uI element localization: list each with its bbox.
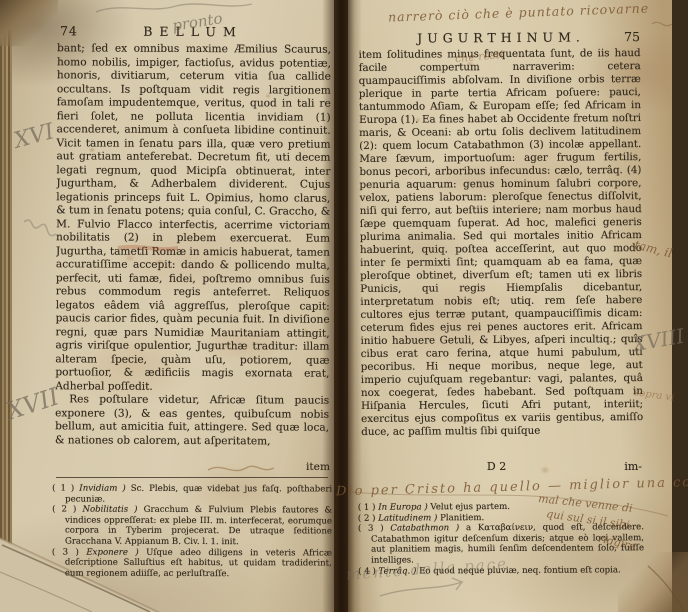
footnote-term: Invidiam ) [79,484,125,494]
right-catchword: im- [624,460,642,473]
footnote-term: Latitudinem ) [378,513,437,523]
footnote: ( 3 ) Exponere ) Uſque adeo diligens in … [52,547,332,580]
left-page-number: 74 [60,23,78,38]
left-footnotes: ( 1 ) Invidiam ) Sc. Plebis, quæ videbat… [52,484,332,580]
left-paragraph-1: bant; ſed ex omnibus maxime Æmilius Scau… [55,42,331,394]
right-page-number: 75 [624,29,640,44]
right-running-header: JUGURTHINUM. 75 [360,29,642,46]
page-edges-right [671,0,688,612]
footnote: ( 2 ) Nobilitatis ) Gracchum & Fulvium P… [52,505,332,548]
book-scan: 74 BELLUM bant; ſed ex omnibus maxime Æm… [0,0,688,612]
footnote-term: Exponere ) [86,547,138,557]
footnote-marker: ( 1 ) [52,484,74,494]
footnote-marker: ( 2 ) [358,513,376,523]
footnote-text: Planitiem. [440,513,484,523]
footnote-text: Eo quod neque pluviæ, neq. fontium eſt c… [419,565,621,576]
left-paragraph-2: Res poſtulare videtur, Africæ ſitum pauc… [55,393,329,448]
signature-mark: D 2 [487,460,506,473]
footnote-rule [56,477,328,478]
footnote: ( 1 ) Invidiam ) Sc. Plebis, quæ videbat… [52,484,332,506]
footnote: ( 3 ) Catabathmon ) a Καταβαίνειν, quod … [358,522,644,566]
left-catchword: item [56,461,330,473]
right-running-title: JUGURTHINUM. [360,29,642,46]
footnote-term: Nobilitatis ) [82,505,137,515]
footnote-marker: ( 1 ) [358,503,376,513]
footnote-marker: ( 3 ) [52,547,79,557]
left-running-title: BELLUM [56,23,330,39]
right-footnotes: ( 1 ) In Europa ) Velut ejus partem. ( 2… [358,501,644,577]
footnote-term: Terrâq. ) [379,566,417,576]
footnote-marker: ( 3 ) [358,524,384,534]
footnote-text: Velut ejus partem. [430,502,510,512]
right-body-text: item ſolitudines minus frequentata ſunt,… [359,47,644,461]
footnote-term: Catabathmon ) [390,523,459,533]
right-paragraph-1: item ſolitudines minus frequentata ſunt,… [359,47,644,439]
worn-corner-top-left [0,0,58,46]
left-running-header: 74 BELLUM [56,23,330,39]
footnote-term: In Europa ) [378,502,428,512]
footnote: ( 4 ) Terrâq. ) Eo quod neque pluviæ, ne… [358,565,644,577]
footnote-marker: ( 2 ) [52,505,76,515]
footnote-marker: ( 4 ) [358,566,376,576]
left-body-text: bant; ſed ex omnibus maxime Æmilius Scau… [55,42,331,461]
